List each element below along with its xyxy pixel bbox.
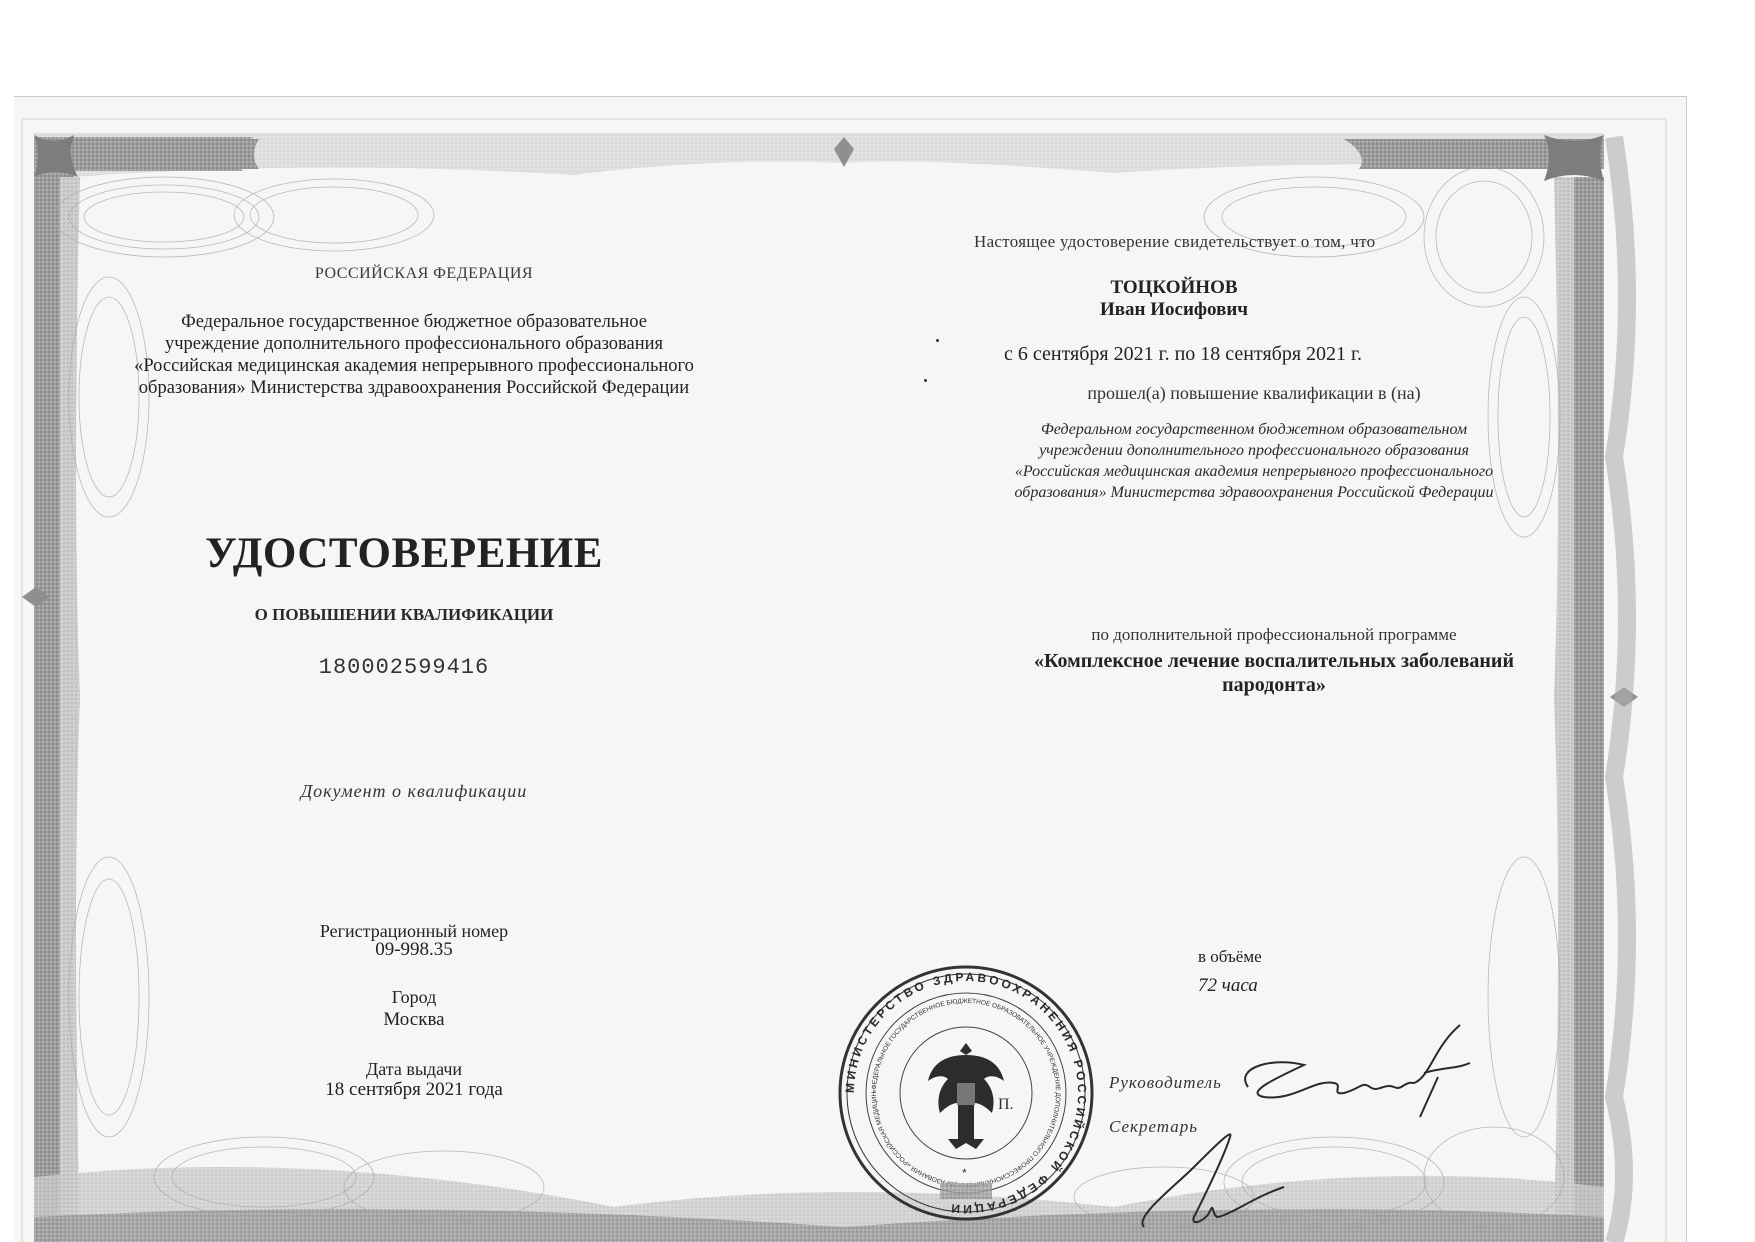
volume-label: в объёме (1198, 947, 1318, 967)
blank-number: 180002599416 (154, 655, 654, 680)
issuer-line: образования» Министерства здравоохранени… (114, 377, 714, 399)
scan-speck (936, 339, 939, 342)
institution-line: учреждении дополнительного профессиональ… (944, 440, 1564, 461)
registration-number: 09-998.35 (234, 939, 594, 961)
issuer-organization: Федеральное государственное бюджетное об… (114, 311, 714, 399)
program-name: «Комплексное лечение воспалительных забо… (974, 649, 1574, 697)
issuer-line: Федеральное государственное бюджетное об… (114, 311, 714, 333)
city-value: Москва (234, 1009, 594, 1031)
holder-surname: ТОЦКОЙНОВ (1024, 277, 1324, 299)
issuer-line: «Российская медицинская академия непреры… (114, 355, 714, 377)
program-label: по дополнительной профессиональной прогр… (994, 625, 1554, 645)
certificate-sheet: РОССИЙСКАЯ ФЕДЕРАЦИЯ Федеральное государ… (14, 96, 1687, 1242)
certifies-statement: Настоящее удостоверение свидетельствует … (974, 232, 1494, 252)
training-institution: Федеральном государственном бюджетном об… (944, 419, 1564, 503)
institution-line: образования» Министерства здравоохранени… (944, 482, 1564, 503)
institution-line: «Российская медицинская академия непреры… (944, 461, 1564, 482)
training-period: с 6 сентября 2021 г. по 18 сентября 2021… (1004, 343, 1444, 366)
country-heading: РОССИЙСКАЯ ФЕДЕРАЦИЯ (194, 265, 654, 283)
document-title: УДОСТОВЕРЕНИЕ (154, 529, 654, 578)
institution-line: Федеральном государственном бюджетном об… (944, 419, 1564, 440)
issuer-line: учреждение дополнительного профессиональ… (114, 333, 714, 355)
scan-speck (924, 379, 927, 382)
program-name-line: «Комплексное лечение воспалительных забо… (974, 649, 1574, 673)
official-seal: МИНИСТЕРСТВО ЗДРАВООХРАНЕНИЯ РОССИЙСКОЙ … (836, 963, 1096, 1223)
mp-mark: П. (998, 1096, 1014, 1113)
volume-value: 72 часа (1198, 975, 1318, 997)
document-subtitle: О ПОВЫШЕНИИ КВАЛИФИКАЦИИ (154, 605, 654, 625)
holder-given-names: Иван Иосифович (1024, 299, 1324, 321)
issue-date-label: Дата выдачи (234, 1059, 594, 1080)
secretary-signature (1134, 1117, 1334, 1237)
svg-text:*: * (962, 1166, 967, 1180)
passed-statement: прошел(а) повышение квалификации в (на) (1014, 383, 1494, 404)
issue-date: 18 сентября 2021 года (234, 1079, 594, 1101)
program-name-line: пародонта» (974, 673, 1574, 697)
document-type: Документ о квалификации (214, 781, 614, 802)
city-label: Город (234, 987, 594, 1008)
coat-of-arms-icon (928, 1043, 1004, 1149)
head-signature (1234, 1017, 1474, 1127)
